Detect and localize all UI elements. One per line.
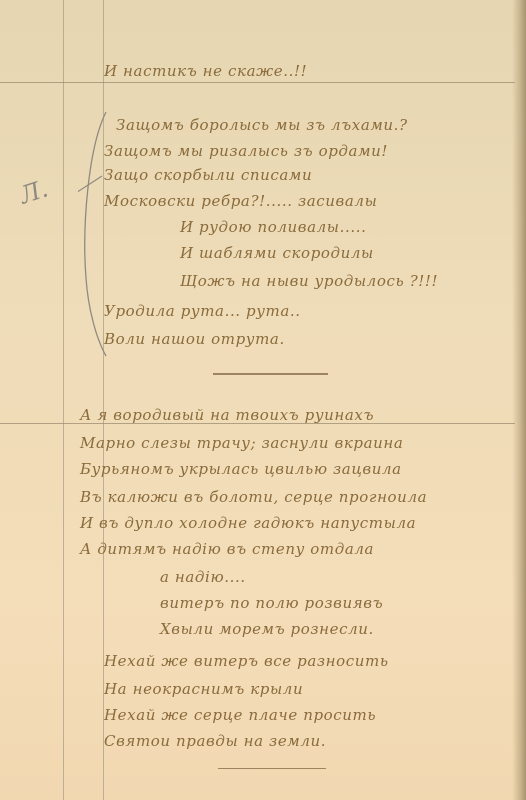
margin-annotation: Л. — [16, 174, 51, 209]
header-line: И настикъ не скаже..!! — [104, 62, 307, 80]
verse-line: Уродила рута... рута.. — [104, 302, 301, 320]
verse-line: Въ калюжи въ болоти, серце прогноила — [80, 488, 427, 506]
verse-line: Воли нашои отрута. — [104, 330, 285, 348]
verse-line: Защомъ боролысь мы зъ лъхами.? — [116, 116, 408, 134]
section-divider — [213, 373, 328, 375]
margin-line-outer — [63, 0, 64, 800]
verse-line: Щожъ на ныви уродылось ?!!! — [180, 272, 438, 290]
verse-line: Святои правды на земли. — [104, 732, 326, 750]
verse-line: а надію.... — [160, 568, 246, 586]
verse-line: Бурьяномъ укрылась цвилью зацвила — [80, 460, 402, 478]
page-edge-shadow — [512, 0, 526, 800]
ruled-line-top — [0, 82, 515, 83]
verse-line: Защомъ мы ризалысь зъ ордами! — [104, 142, 388, 160]
verse-line: На неокраснимъ крыли — [104, 680, 303, 698]
closing-divider — [218, 768, 326, 769]
manuscript-page: Л. И настикъ не скаже..!! Защомъ боролыс… — [0, 0, 526, 800]
verse-line: А я вородивый на твоихъ руинахъ — [80, 406, 374, 424]
verse-line: Московски ребра?!..... засивалы — [104, 192, 377, 210]
verse-line: А дитямъ надію въ степу отдала — [80, 540, 374, 558]
verse-line: И рудою поливалы..... — [180, 218, 366, 236]
verse-line: Нехай же витеръ все разносить — [104, 652, 389, 670]
verse-line: Хвыли моремъ рознесли. — [160, 620, 374, 638]
verse-line: И въ дупло холодне гадюкъ напустыла — [80, 514, 416, 532]
verse-line: Марно слезы трачу; заснули вкраина — [80, 434, 403, 452]
verse-line: витеръ по полю розвиявъ — [160, 594, 383, 612]
verse-line: И шаблями скородилы — [180, 244, 374, 262]
verse-line: Защо скорбыли списами — [104, 166, 312, 184]
verse-line: Нехай же серце плаче просить — [104, 706, 376, 724]
